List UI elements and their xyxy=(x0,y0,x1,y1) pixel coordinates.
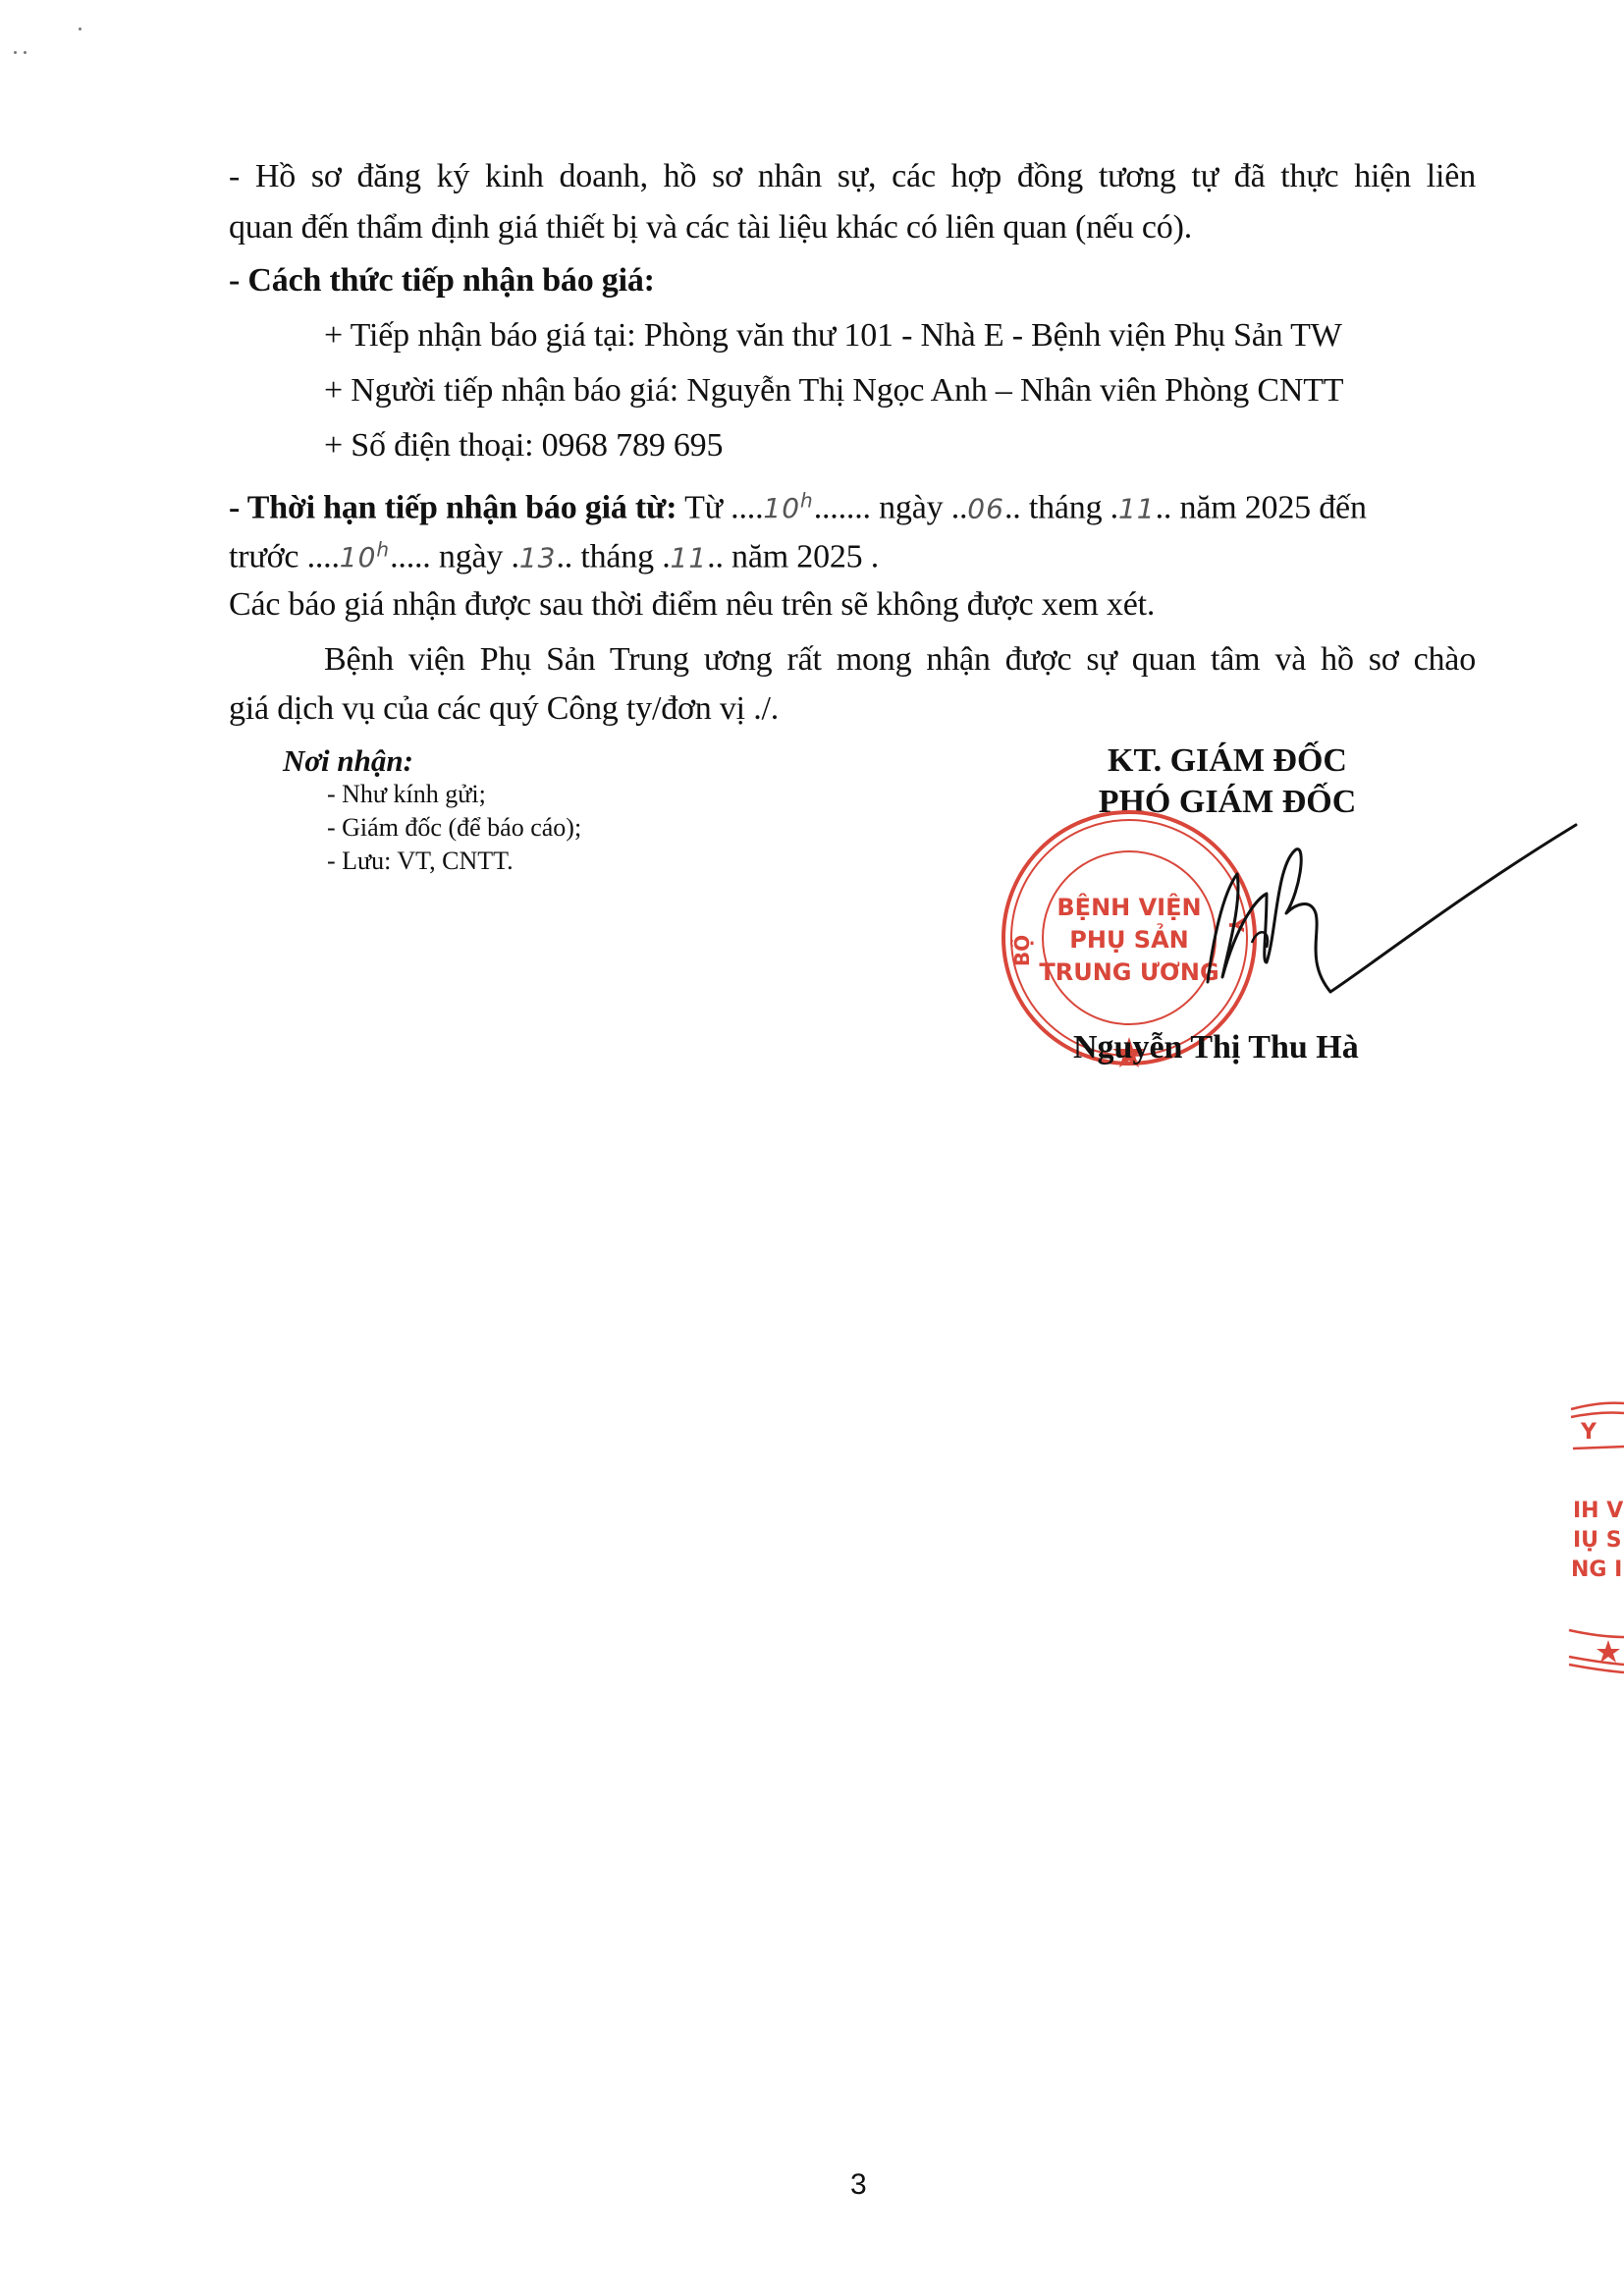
scan-speck xyxy=(14,51,17,54)
signature-title-1: KT. GIÁM ĐỐC xyxy=(1021,741,1434,781)
deadline-line-2: trước ....10h..... ngày .13.. tháng .11.… xyxy=(229,530,879,577)
late-notice: Các báo giá nhận được sau thời điểm nêu … xyxy=(229,585,1155,625)
deadline-from-tail: ....... ngày .. xyxy=(814,489,968,525)
deadline-to-label: trước .... xyxy=(229,538,340,574)
paragraph-line: quan đến thẩm định giá thiết bị và các t… xyxy=(229,208,1192,247)
to-hour-value: 10 xyxy=(340,541,377,574)
deadline-from-label: Từ .... xyxy=(684,489,763,525)
handwritten-to-day: 13 xyxy=(519,541,557,574)
stamp-left-text: BỘ xyxy=(1010,935,1034,966)
scan-speck xyxy=(24,51,27,54)
recipient-item: - Giám đốc (để báo cáo); xyxy=(283,811,581,845)
recipient-item: - Lưu: VT, CNTT. xyxy=(283,845,581,878)
deadline-from-month-label: .. tháng . xyxy=(1004,489,1118,525)
from-hour-value: 10 xyxy=(763,492,800,524)
paragraph-line: - Hồ sơ đăng ký kinh doanh, hồ sơ nhân s… xyxy=(229,157,1476,196)
document-page: - Hồ sơ đăng ký kinh doanh, hồ sơ nhân s… xyxy=(0,0,1624,2296)
to-hour-unit: h xyxy=(376,538,390,562)
deadline-from-year: .. năm 2025 đến xyxy=(1156,489,1367,525)
section-heading-receive: - Cách thức tiếp nhận báo giá: xyxy=(229,261,655,301)
edge-stamp-top: Y xyxy=(1580,1420,1597,1445)
closing-line-1: Bệnh viện Phụ Sản Trung ương rất mong nh… xyxy=(324,640,1476,680)
recipient-item: - Như kính gửi; xyxy=(283,778,581,811)
page-number: 3 xyxy=(850,2168,867,2202)
deadline-to-year: .. năm 2025 . xyxy=(707,538,879,574)
handwritten-from-month: 11 xyxy=(1118,492,1156,524)
heading-text: - Cách thức tiếp nhận báo giá: xyxy=(229,262,655,299)
handwritten-to-month: 11 xyxy=(671,541,708,574)
edge-stamp-line: NG I xyxy=(1571,1558,1622,1582)
receive-person: + Người tiếp nhận báo giá: Nguyễn Thị Ng… xyxy=(324,371,1343,410)
edge-stamp-line: IỤ S xyxy=(1573,1528,1622,1553)
handwritten-from-day: 06 xyxy=(967,492,1004,524)
handwritten-to-hour: 10h xyxy=(340,541,390,574)
receive-phone: + Số điện thoại: 0968 789 695 xyxy=(324,426,723,465)
handwritten-signature-icon xyxy=(1129,805,1581,1021)
recipients-title: Nơi nhận: xyxy=(283,744,581,778)
deadline-to-month-label: .. tháng . xyxy=(556,538,670,574)
receive-location: + Tiếp nhận báo giá tại: Phòng văn thư 1… xyxy=(324,316,1342,355)
signer-name: Nguyễn Thị Thu Hà xyxy=(1073,1029,1359,1066)
edge-stamp-line: IH V xyxy=(1573,1499,1623,1523)
deadline-line-1: - Thời hạn tiếp nhận báo giá từ: Từ ....… xyxy=(229,481,1476,528)
closing-line-2: giá dịch vụ của các quý Công ty/đơn vị .… xyxy=(229,689,779,729)
deadline-to-tail: ..... ngày . xyxy=(390,538,519,574)
recipients-block: Nơi nhận: - Như kính gửi; - Giám đốc (để… xyxy=(283,744,581,878)
from-hour-unit: h xyxy=(800,489,814,513)
deadline-heading: - Thời hạn tiếp nhận báo giá từ: xyxy=(229,489,677,525)
handwritten-from-hour: 10h xyxy=(763,492,813,524)
scan-speck xyxy=(79,27,81,30)
partial-stamp-edge-icon: Y IH V IỤ S NG I xyxy=(1561,1390,1624,1684)
